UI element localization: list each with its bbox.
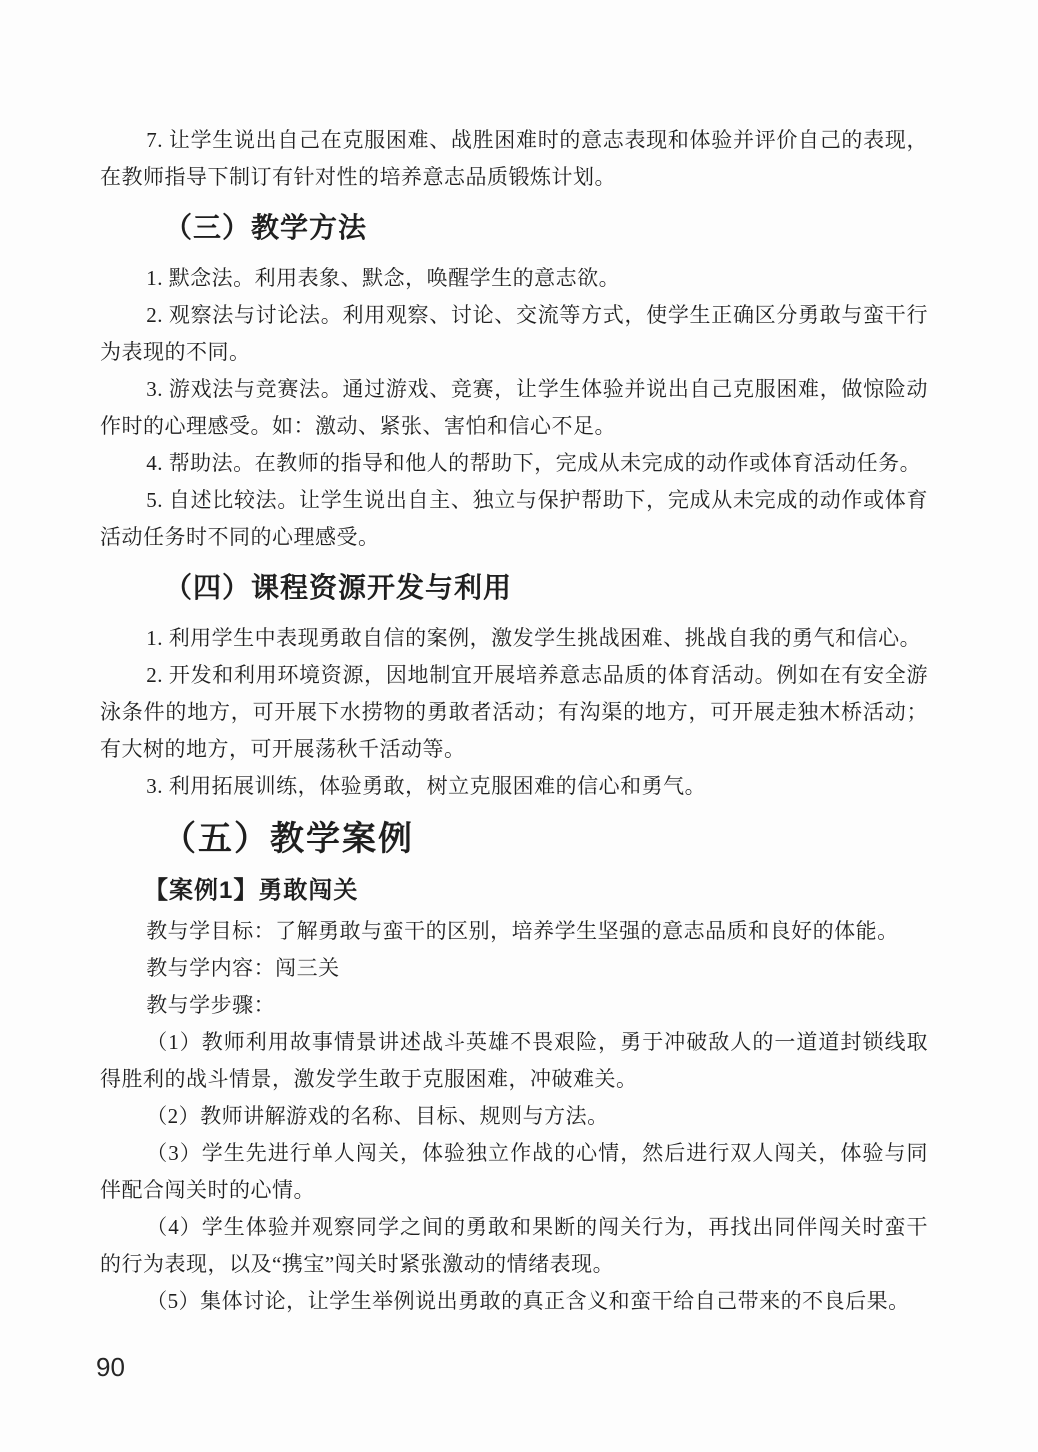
case-step-3: （3）学生先进行单人闯关，体验独立作战的心情，然后进行双人闯关，体验与同伴配合闯…: [100, 1135, 928, 1209]
case-step-2: （2）教师讲解游戏的名称、目标、规则与方法。: [100, 1098, 928, 1135]
section-heading-4-curriculum-resources: （四）课程资源开发与利用: [100, 568, 928, 610]
section-heading-3-teaching-methods: （三）教学方法: [100, 208, 928, 250]
case-step-5: （5）集体讨论，让学生举例说出勇敢的真正含义和蛮干给自己带来的不良后果。: [100, 1283, 928, 1320]
resource-item-3: 3. 利用拓展训练，体验勇敢，树立克服困难的信心和勇气。: [100, 768, 928, 805]
case-steps-label: 教与学步骤：: [100, 987, 928, 1024]
document-page: 7. 让学生说出自己在克服困难、战胜困难时的意志表现和体验并评价自己的表现，在教…: [0, 0, 1038, 1452]
case-1-title: 【案例1】勇敢闯关: [100, 871, 928, 911]
resource-item-2: 2. 开发和利用环境资源，因地制宜开展培养意志品质的体育活动。例如在有安全游泳条…: [100, 657, 928, 768]
text-column: 7. 让学生说出自己在克服困难、战胜困难时的意志表现和体验并评价自己的表现，在教…: [100, 122, 928, 1320]
case-content-line: 教与学内容：闯三关: [100, 950, 928, 987]
case-goal-line: 教与学目标：了解勇敢与蛮干的区别，培养学生坚强的意志品质和良好的体能。: [100, 913, 928, 950]
method-item-1: 1. 默念法。利用表象、默念，唤醒学生的意志欲。: [100, 260, 928, 297]
section-heading-5-teaching-cases: （五）教学案例: [100, 815, 928, 865]
case-step-1: （1）教师利用故事情景讲述战斗英雄不畏艰险，勇于冲破敌人的一道道封锁线取得胜利的…: [100, 1024, 928, 1098]
method-item-2: 2. 观察法与讨论法。利用观察、讨论、交流等方式，使学生正确区分勇敢与蛮干行为表…: [100, 297, 928, 371]
method-item-3: 3. 游戏法与竞赛法。通过游戏、竞赛，让学生体验并说出自己克服困难，做惊险动作时…: [100, 371, 928, 445]
page-number: 90: [96, 1352, 125, 1383]
resource-item-1: 1. 利用学生中表现勇敢自信的案例，激发学生挑战困难、挑战自我的勇气和信心。: [100, 620, 928, 657]
case-step-4: （4）学生体验并观察同学之间的勇敢和果断的闯关行为，再找出同伴闯关时蛮干的行为表…: [100, 1209, 928, 1283]
method-item-5: 5. 自述比较法。让学生说出自主、独立与保护帮助下，完成从未完成的动作或体育活动…: [100, 482, 928, 556]
paragraph-item-7: 7. 让学生说出自己在克服困难、战胜困难时的意志表现和体验并评价自己的表现，在教…: [100, 122, 928, 196]
method-item-4: 4. 帮助法。在教师的指导和他人的帮助下，完成从未完成的动作或体育活动任务。: [100, 445, 928, 482]
